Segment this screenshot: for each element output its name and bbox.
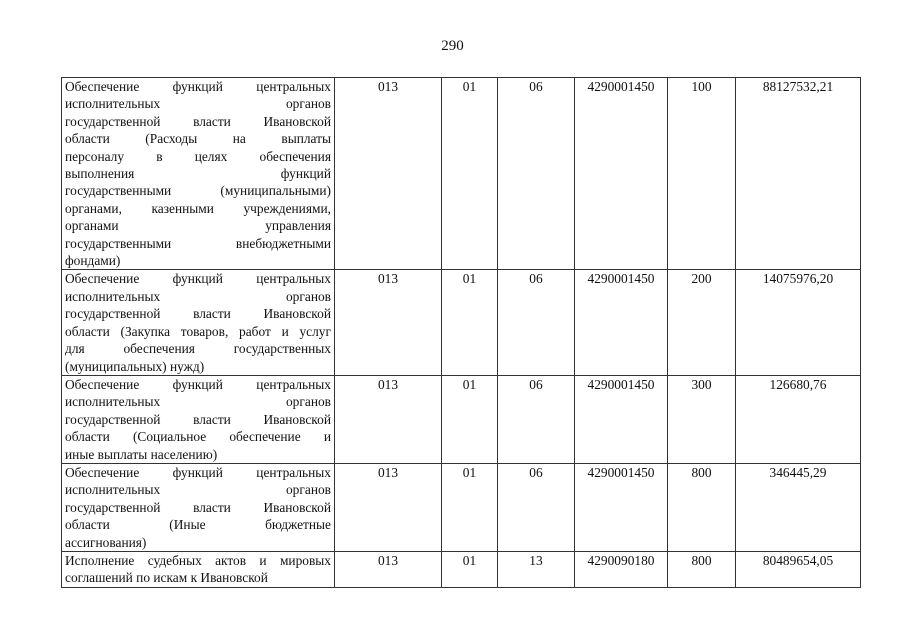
budget-table: Обеспечение функций центральныхисполните… [61, 77, 861, 588]
amount-cell: 80489654,05 [736, 551, 861, 587]
description-line: органами, казенными учреждениями, [65, 200, 331, 217]
description-line: органами управления [65, 217, 331, 234]
description-cell: Обеспечение функций центральныхисполните… [62, 270, 335, 375]
description-line: государственными (муниципальными) [65, 182, 331, 199]
description-line: Обеспечение функций центральных [65, 78, 331, 95]
grbs-cell: 013 [335, 375, 442, 463]
expense-type-cell: 800 [668, 463, 736, 551]
description-line: государственной власти Ивановской [65, 113, 331, 130]
description-line: исполнительных органов [65, 95, 331, 112]
description-line: исполнительных органов [65, 288, 331, 305]
description-line: фондами) [65, 252, 331, 269]
subsection-cell: 06 [498, 270, 575, 375]
target-article-cell: 4290001450 [575, 463, 668, 551]
description-line: Обеспечение функций центральных [65, 376, 331, 393]
description-line: области (Закупка товаров, работ и услуг [65, 323, 331, 340]
description-line: соглашений по искам к Ивановской [65, 569, 331, 586]
description-cell: Обеспечение функций центральныхисполните… [62, 463, 335, 551]
section-cell: 01 [442, 463, 498, 551]
subsection-cell: 06 [498, 78, 575, 270]
table-row: Исполнение судебных актов и мировыхсогла… [62, 551, 861, 587]
target-article-cell: 4290001450 [575, 270, 668, 375]
description-line: области (Расходы на выплаты [65, 130, 331, 147]
description-line: государственной власти Ивановской [65, 305, 331, 322]
description-line: государственной власти Ивановской [65, 499, 331, 516]
amount-cell: 346445,29 [736, 463, 861, 551]
grbs-cell: 013 [335, 551, 442, 587]
description-cell: Исполнение судебных актов и мировыхсогла… [62, 551, 335, 587]
description-line: государственными внебюджетными [65, 235, 331, 252]
section-cell: 01 [442, 551, 498, 587]
description-line: ассигнования) [65, 534, 331, 551]
description-line: Обеспечение функций центральных [65, 464, 331, 481]
grbs-cell: 013 [335, 463, 442, 551]
section-cell: 01 [442, 270, 498, 375]
description-line: исполнительных органов [65, 393, 331, 410]
grbs-cell: 013 [335, 270, 442, 375]
description-line: области (Иные бюджетные [65, 516, 331, 533]
table-row: Обеспечение функций центральныхисполните… [62, 463, 861, 551]
expense-type-cell: 100 [668, 78, 736, 270]
amount-cell: 14075976,20 [736, 270, 861, 375]
description-line: области (Социальное обеспечение и [65, 428, 331, 445]
grbs-cell: 013 [335, 78, 442, 270]
subsection-cell: 06 [498, 463, 575, 551]
table-row: Обеспечение функций центральныхисполните… [62, 375, 861, 463]
section-cell: 01 [442, 78, 498, 270]
target-article-cell: 4290090180 [575, 551, 668, 587]
target-article-cell: 4290001450 [575, 375, 668, 463]
description-line: Исполнение судебных актов и мировых [65, 552, 331, 569]
description-cell: Обеспечение функций центральныхисполните… [62, 375, 335, 463]
subsection-cell: 06 [498, 375, 575, 463]
section-cell: 01 [442, 375, 498, 463]
page-number: 290 [0, 38, 905, 55]
table-row: Обеспечение функций центральныхисполните… [62, 270, 861, 375]
description-line: выполнения функций [65, 165, 331, 182]
expense-type-cell: 200 [668, 270, 736, 375]
expense-type-cell: 800 [668, 551, 736, 587]
description-line: персоналу в целях обеспечения [65, 148, 331, 165]
amount-cell: 88127532,21 [736, 78, 861, 270]
description-cell: Обеспечение функций центральныхисполните… [62, 78, 335, 270]
description-line: Обеспечение функций центральных [65, 270, 331, 287]
subsection-cell: 13 [498, 551, 575, 587]
description-line: (муниципальных) нужд) [65, 358, 331, 375]
description-line: иные выплаты населению) [65, 446, 331, 463]
expense-type-cell: 300 [668, 375, 736, 463]
description-line: исполнительных органов [65, 481, 331, 498]
description-line: для обеспечения государственных [65, 340, 331, 357]
description-line: государственной власти Ивановской [65, 411, 331, 428]
amount-cell: 126680,76 [736, 375, 861, 463]
target-article-cell: 4290001450 [575, 78, 668, 270]
table-row: Обеспечение функций центральныхисполните… [62, 78, 861, 270]
